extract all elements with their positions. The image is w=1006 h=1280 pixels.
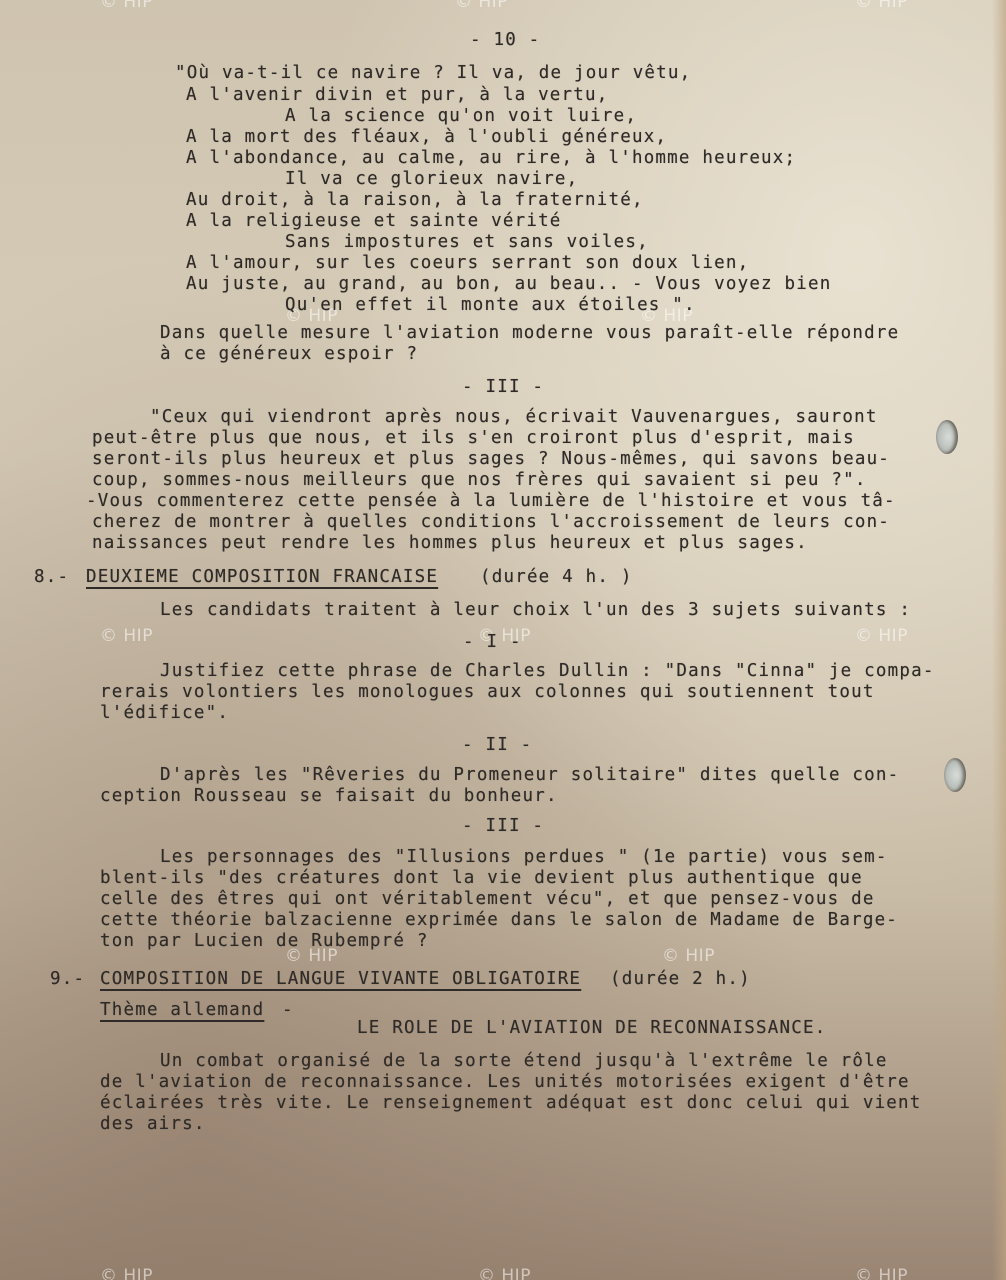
question-text: seront-ils plus heureux et plus sages ? … — [92, 449, 890, 469]
watermark: © HIP — [855, 626, 908, 646]
poem-line: Sans impostures et sans voiles, — [285, 232, 649, 252]
question-text: cherez de montrer à quelles conditions l… — [92, 512, 890, 532]
poem-line: A l'avenir divin et pur, à la vertu, — [186, 85, 609, 105]
question-text: Dans quelle mesure l'aviation moderne vo… — [160, 323, 899, 343]
punch-hole — [936, 420, 958, 454]
subject-text: celle des êtres qui ont véritablement vé… — [100, 889, 875, 909]
section-heading: - III - — [462, 377, 544, 397]
question-text: -Vous commenterez cette pensée à la lumi… — [86, 491, 896, 511]
section-title: DEUXIEME COMPOSITION FRANCAISE — [86, 567, 438, 587]
watermark: © HIP — [100, 1266, 153, 1280]
subject-text: Justifiez cette phrase de Charles Dullin… — [160, 661, 935, 681]
section-duration: (durée 4 h. ) — [480, 567, 633, 587]
watermark: © HIP — [855, 0, 908, 12]
question-text: peut-être plus que nous, et ils s'en cro… — [92, 428, 855, 448]
subtitle-dash: - — [282, 1000, 294, 1020]
watermark: © HIP — [100, 0, 153, 12]
section-number: 8.- — [34, 567, 69, 587]
text-title: LE ROLE DE L'AVIATION DE RECONNAISSANCE. — [357, 1018, 826, 1038]
watermark: © HIP — [662, 946, 715, 966]
subject-text: D'après les "Rêveries du Promeneur solit… — [160, 765, 899, 785]
section-intro: Les candidats traitent à leur choix l'un… — [160, 600, 911, 620]
question-text: coup, sommes-nous meilleurs que nos frèr… — [92, 470, 867, 490]
poem-line: A la science qu'on voit luire, — [285, 106, 637, 126]
theme-text: des airs. — [100, 1114, 206, 1134]
question-text: naissances peut rendre les hommes plus h… — [92, 533, 808, 553]
poem-line: A la religieuse et sainte vérité — [186, 211, 562, 231]
subject-heading: - III - — [462, 816, 544, 836]
section-number: 9.- — [50, 969, 85, 989]
subject-text: l'édifice". — [100, 703, 229, 723]
watermark: © HIP — [455, 0, 508, 12]
poem-line: A l'amour, sur les coeurs serrant son do… — [186, 253, 749, 273]
poem-line: A la mort des fléaux, à l'oubli généreux… — [186, 127, 667, 147]
subject-text: blent-ils "des créatures dont la vie dev… — [100, 868, 863, 888]
paper-edge — [992, 0, 1006, 1280]
document-page: © HIP © HIP © HIP © HIP © HIP © HIP © HI… — [0, 0, 1006, 1280]
theme-text: éclairées très vite. Le renseignement ad… — [100, 1093, 922, 1113]
subject-text: ception Rousseau se faisait du bonheur. — [100, 786, 558, 806]
section-subtitle: Thème allemand — [100, 1000, 264, 1020]
poem-line: "Où va-t-il ce navire ? Il va, de jour v… — [175, 63, 691, 83]
question-text: à ce généreux espoir ? — [160, 344, 418, 364]
subject-text: Les personnages des "Illusions perdues "… — [160, 847, 888, 867]
theme-text: Un combat organisé de la sorte étend jus… — [160, 1051, 888, 1071]
subject-text: rerais volontiers les monologues aux col… — [100, 682, 875, 702]
watermark: © HIP — [478, 1266, 531, 1280]
page-number: - 10 - — [470, 30, 540, 50]
section-title: COMPOSITION DE LANGUE VIVANTE OBLIGATOIR… — [100, 969, 581, 989]
subject-heading: - I - — [463, 632, 522, 652]
poem-line: Qu'en effet il monte aux étoiles ". — [285, 295, 696, 315]
poem-line: A l'abondance, au calme, au rire, à l'ho… — [186, 148, 796, 168]
poem-line: Au droit, à la raison, à la fraternité, — [186, 190, 644, 210]
subject-heading: - II - — [462, 735, 532, 755]
subject-text: ton par Lucien de Rubempré ? — [100, 931, 429, 951]
punch-hole — [944, 758, 966, 792]
question-text: "Ceux qui viendront après nous, écrivait… — [150, 407, 878, 427]
theme-text: de l'aviation de reconnaissance. Les uni… — [100, 1072, 910, 1092]
section-duration: (durée 2 h.) — [610, 969, 751, 989]
poem-line: Il va ce glorieux navire, — [285, 169, 578, 189]
watermark: © HIP — [855, 1266, 908, 1280]
watermark: © HIP — [100, 626, 153, 646]
subject-text: cette théorie balzacienne exprimée dans … — [100, 910, 898, 930]
poem-line: Au juste, au grand, au bon, au beau.. - … — [186, 274, 831, 294]
